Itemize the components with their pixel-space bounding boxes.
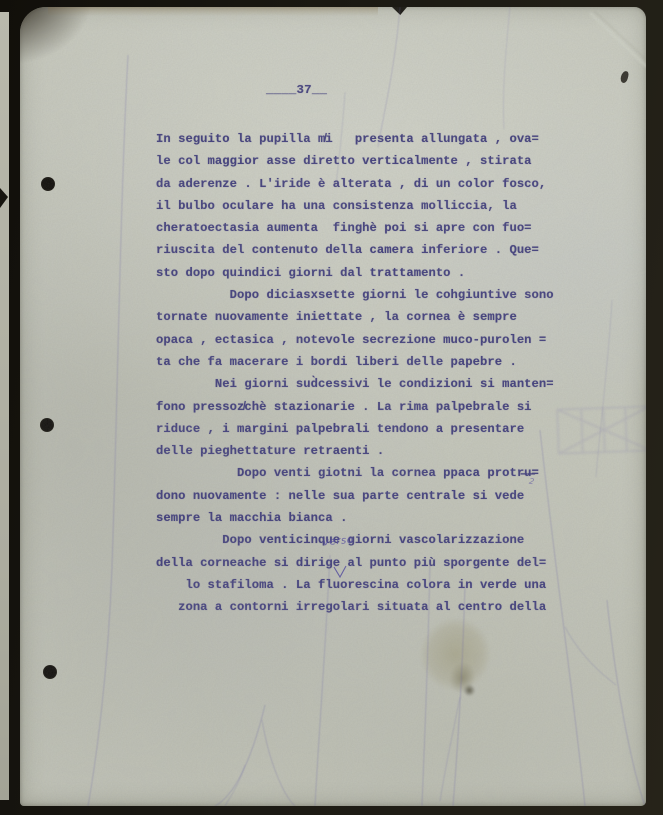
- typewritten-line: In seguito la pupilla m̸i presenta allun…: [156, 128, 596, 150]
- typewritten-line: le col maggior asse diretto verticalment…: [156, 150, 596, 172]
- document-page: ____37__ In seguito la pupilla m̸i prese…: [20, 7, 646, 806]
- typewritten-line: ta che fa macerare i bordi liberi delle …: [156, 351, 596, 373]
- typewritten-line: riduce , i margini palpebrali tendono a …: [156, 418, 596, 440]
- typewritten-line: della corneache si dirige al punto più s…: [156, 552, 596, 574]
- scan-background: ____37__ In seguito la pupilla m̸i prese…: [0, 0, 663, 815]
- page-corner-fold: [20, 7, 96, 67]
- typewritten-line: fono pressoz̸chè stazionarie . La rima p…: [156, 396, 596, 418]
- typewritten-line: il bulbo oculare ha una consistenza moll…: [156, 195, 596, 217]
- punch-hole: [43, 665, 57, 679]
- typewritten-line: sempre la macchia bianca .: [156, 507, 596, 529]
- typewritten-line: zona a contorni irregolari situata al ce…: [156, 596, 596, 618]
- typewritten-line: cheratoectasia aumenta finghè poi si apr…: [156, 217, 596, 239]
- typewritten-line: Nei giorni sud̀cessivi le condizioni si …: [156, 373, 596, 395]
- typewritten-line: opaca , ectasica , notevole secrezione m…: [156, 329, 596, 351]
- typewritten-line: lo stafiloma . La fluorescina colora in …: [156, 574, 596, 596]
- typewritten-text-block: In seguito la pupilla m̸i presenta allun…: [156, 128, 596, 619]
- typewritten-line: Dopo venticinque giorni vascolarizzazion…: [156, 529, 596, 551]
- typewritten-line: sto dopo quindici giorni dal trattamento…: [156, 262, 596, 284]
- typewritten-line: Dopo diciasxsette giorni le cohgiuntive …: [156, 284, 596, 306]
- typewritten-line: riuscita del contenuto della camera infe…: [156, 239, 596, 261]
- typewritten-line: dono nuovamente : nelle sua parte centra…: [156, 485, 596, 507]
- typewritten-line: delle pieghettature retraenti .: [156, 440, 596, 462]
- top-edge-discoloration: [48, 7, 378, 16]
- punch-hole: [40, 418, 54, 432]
- typewritten-line: da aderenze . L'iride è alterata , di un…: [156, 173, 596, 195]
- underlying-page-edge: [0, 12, 9, 800]
- paper-edge-nick: [392, 7, 407, 15]
- punch-hole: [41, 177, 55, 191]
- typewritten-line: tornate nuovamente iniettate , la cornea…: [156, 306, 596, 328]
- paper-edge-speck: [620, 70, 630, 83]
- page-number: ____37__: [266, 83, 327, 97]
